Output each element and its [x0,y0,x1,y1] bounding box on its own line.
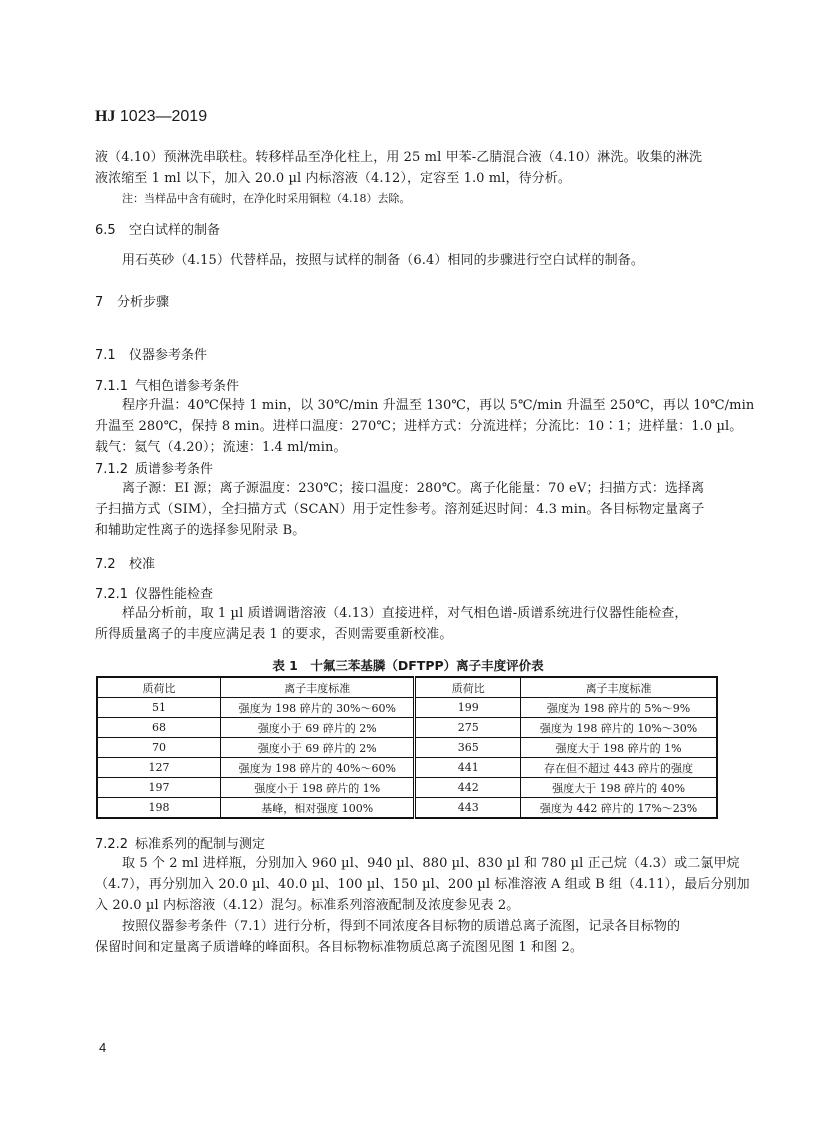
table-caption: 表 1 十氟三苯基膦（DFTPP）离子丰度评价表 [0,656,816,674]
table-row: 51 强度为 198 碎片的 30%～60% 199 强度为 198 碎片的 5… [97,698,717,718]
criteria-cell: 强度小于 198 碎片的 1% [221,778,415,798]
section-title: 质谱参考条件 [135,462,213,477]
criteria-cell: 强度为 198 碎片的 30%～60% [221,698,415,718]
criteria-cell: 强度为 442 碎片的 17%～23% [521,798,717,819]
page-number: 4 [99,1040,106,1055]
paragraph-line: 取 5 个 2 ml 进样瓶，分别加入 960 µl、940 µl、880 µl… [122,853,740,874]
section-heading-7-1: 7.1仪器参考条件 [95,344,207,363]
mz-cell: 68 [97,718,221,738]
section-number: 7 [95,295,117,310]
paragraph-line: 子扫描方式（SIM），全扫描方式（SCAN）用于定性参考。溶剂延迟时间：4.3 … [95,499,704,520]
section-title: 标准系列的配制与测定 [135,837,265,852]
table-row: 127 强度为 198 碎片的 40%～60% 441 存在但不超过 443 碎… [97,758,717,778]
table-header-row: 质荷比 离子丰度标准 质荷比 离子丰度标准 [97,677,717,698]
criteria-cell: 强度为 198 碎片的 10%～30% [521,718,717,738]
header-cell: 离子丰度标准 [221,677,415,698]
standard-code: 1023—2019 [120,108,207,125]
paragraph-line: （4.7），再分别加入 20.0 µl、40.0 µl、100 µl、150 µ… [95,874,750,895]
paragraph-line: 液浓缩至 1 ml 以下，加入 20.0 µl 内标溶液（4.12），定容至 1… [95,168,571,189]
section-number: 7.2.2 [95,837,135,852]
header-cell: 质荷比 [415,677,521,698]
criteria-cell: 强度小于 69 碎片的 2% [221,718,415,738]
mz-cell: 51 [97,698,221,718]
mz-cell: 441 [415,758,521,778]
note-text: 注：当样品中含有硫时，在净化时采用铜粒（4.18）去除。 [122,190,411,206]
standard-prefix: HJ [95,108,115,125]
criteria-cell: 强度小于 69 碎片的 2% [221,738,415,758]
criteria-cell: 基峰，相对强度 100% [221,798,415,819]
mz-cell: 199 [415,698,521,718]
section-number: 7.1.2 [95,462,135,477]
paragraph-line: 升温至 280℃，保持 8 min。进样口温度：270℃；进样方式：分流进样；分… [95,416,742,437]
paragraph-line: 样品分析前，取 1 µl 质谱调谐溶液（4.13）直接进样，对气相色谱-质谱系统… [122,603,688,624]
mz-cell: 365 [415,738,521,758]
paragraph-line: 和辅助定性离子的选择参见附录 B。 [95,520,305,541]
header-cell: 离子丰度标准 [521,677,717,698]
paragraph-line: 载气：氦气（4.20）；流速：1.4 ml/min。 [95,437,347,458]
section-heading-7: 7分析步骤 [95,291,169,310]
section-title: 气相色谱参考条件 [135,379,239,394]
paragraph-line: 保留时间和定量离子质谱峰的峰面积。各目标物标准物质总离子流图见图 1 和图 2。 [95,937,583,958]
section-heading-7-1-2: 7.1.2质谱参考条件 [95,458,213,477]
section-heading-6-5: 6.5空白试样的制备 [95,219,220,238]
section-number: 6.5 [95,223,129,238]
section-number: 7.2.1 [95,587,135,602]
section-title: 校准 [129,557,155,572]
paragraph-line: 离子源：EI 源；离子源温度：230℃；接口温度：280℃。离子化能量：70 e… [122,478,704,499]
section-heading-7-2-2: 7.2.2标准系列的配制与测定 [95,833,265,852]
header-cell: 质荷比 [97,677,221,698]
section-number: 7.2 [95,557,129,572]
section-number: 7.1 [95,348,129,363]
criteria-cell: 存在但不超过 443 碎片的强度 [521,758,717,778]
paragraph-line: 程序升温：40℃保持 1 min，以 30℃/min 升温至 130℃，再以 5… [122,395,754,416]
mz-cell: 275 [415,718,521,738]
standard-number: HJ 1023—2019 [95,108,207,126]
section-number: 7.1.1 [95,379,135,394]
paragraph-line: 用石英砂（4.15）代替样品，按照与试样的制备（6.4）相同的步骤进行空白试样的… [122,250,644,271]
criteria-cell: 强度大于 198 碎片的 40% [521,778,717,798]
section-heading-7-2: 7.2校准 [95,553,155,572]
section-title: 仪器性能检查 [135,587,213,602]
section-title: 空白试样的制备 [129,223,220,238]
paragraph-line: 按照仪器参考条件（7.1）进行分析，得到不同浓度各目标物的质谱总离子流图，记录各… [122,916,680,937]
table-row: 198 基峰，相对强度 100% 443 强度为 442 碎片的 17%～23% [97,798,717,819]
mz-cell: 197 [97,778,221,798]
mz-cell: 198 [97,798,221,819]
mz-cell: 70 [97,738,221,758]
mz-cell: 443 [415,798,521,819]
table-row: 197 强度小于 198 碎片的 1% 442 强度大于 198 碎片的 40% [97,778,717,798]
mz-cell: 442 [415,778,521,798]
table-row: 70 强度小于 69 碎片的 2% 365 强度大于 198 碎片的 1% [97,738,717,758]
ion-abundance-table: 质荷比 离子丰度标准 质荷比 离子丰度标准 51 强度为 198 碎片的 30%… [96,676,718,819]
criteria-cell: 强度大于 198 碎片的 1% [521,738,717,758]
table-row: 68 强度小于 69 碎片的 2% 275 强度为 198 碎片的 10%～30… [97,718,717,738]
criteria-cell: 强度为 198 碎片的 5%～9% [521,698,717,718]
section-title: 仪器参考条件 [129,348,207,363]
section-heading-7-1-1: 7.1.1气相色谱参考条件 [95,375,239,394]
criteria-cell: 强度为 198 碎片的 40%～60% [221,758,415,778]
section-heading-7-2-1: 7.2.1仪器性能检查 [95,583,213,602]
section-title: 分析步骤 [117,295,169,310]
paragraph-line: 液（4.10）预淋洗串联柱。转移样品至净化柱上，用 25 ml 甲苯-乙腈混合液… [95,147,702,168]
paragraph-line: 所得质量离子的丰度应满足表 1 的要求，否则需要重新校准。 [95,624,452,645]
paragraph-line: 入 20.0 µl 内标溶液（4.12）混匀。标准系列溶液配制及浓度参见表 2。 [95,895,519,916]
mz-cell: 127 [97,758,221,778]
